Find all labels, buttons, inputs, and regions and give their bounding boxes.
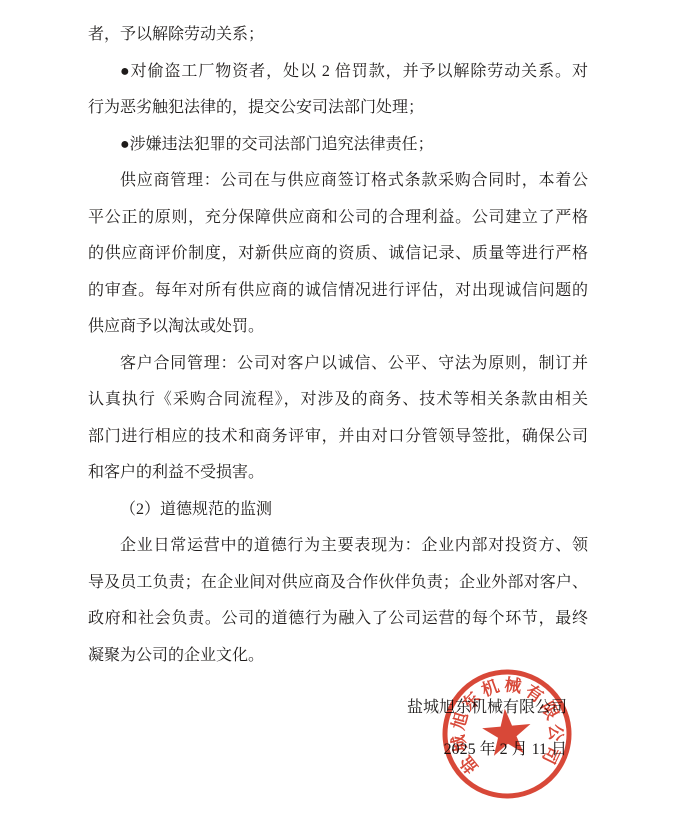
document-line: 者，予以解除劳动关系； [88, 17, 588, 54]
document-body: 者，予以解除劳动关系； ●对偷盗工厂物资者，处以 2 倍罚款，并予以解除劳动关系… [88, 17, 588, 674]
document-page: 者，予以解除劳动关系； ●对偷盗工厂物资者，处以 2 倍罚款，并予以解除劳动关系… [0, 0, 673, 816]
document-line: 的审查。每年对所有供应商的诚信情况进行评估，对出现诚信问题的 [88, 273, 588, 310]
section-heading: （2）道德规范的监测 [88, 492, 588, 529]
document-line: 和客户的利益不受损害。 [88, 455, 588, 492]
document-line: ●对偷盗工厂物资者，处以 2 倍罚款，并予以解除劳动关系。对 [88, 54, 588, 91]
signature-date: 2025 年 2 月 11 日 [407, 739, 567, 761]
document-line: 平公正的原则，充分保障供应商和公司的合理利益。公司建立了严格 [88, 200, 588, 237]
signature-company-name: 盐城旭东机械有限公司 [407, 697, 567, 719]
document-line: 客户合同管理：公司对客户以诚信、公平、守法为原则，制订并 [88, 346, 588, 383]
document-line: 认真执行《采购合同流程》，对涉及的商务、技术等相关条款由相关 [88, 382, 588, 419]
document-line: 企业日常运营中的道德行为主要表现为：企业内部对投资方、领 [88, 528, 588, 565]
document-line: 部门进行相应的技术和商务评审，并由对口分管领导签批，确保公司 [88, 419, 588, 456]
document-line: 供应商予以淘汰或处罚。 [88, 309, 588, 346]
document-line: ●涉嫌违法犯罪的交司法部门追究法律责任； [88, 127, 588, 164]
document-line: 的供应商评价制度，对新供应商的资质、诚信记录、质量等进行严格 [88, 236, 588, 273]
document-line: 导及员工负责；在企业间对供应商及合作伙伴负责；企业外部对客户、 [88, 565, 588, 602]
signature-block: 盐城旭东机械有限公司 2025 年 2 月 11 日 [407, 697, 567, 761]
document-line: 凝聚为公司的企业文化。 [88, 638, 588, 675]
document-line: 政府和社会负责。公司的道德行为融入了公司运营的每个环节，最终 [88, 601, 588, 638]
document-line: 行为恶劣触犯法律的，提交公安司法部门处理； [88, 90, 588, 127]
document-line: 供应商管理：公司在与供应商签订格式条款采购合同时，本着公 [88, 163, 588, 200]
